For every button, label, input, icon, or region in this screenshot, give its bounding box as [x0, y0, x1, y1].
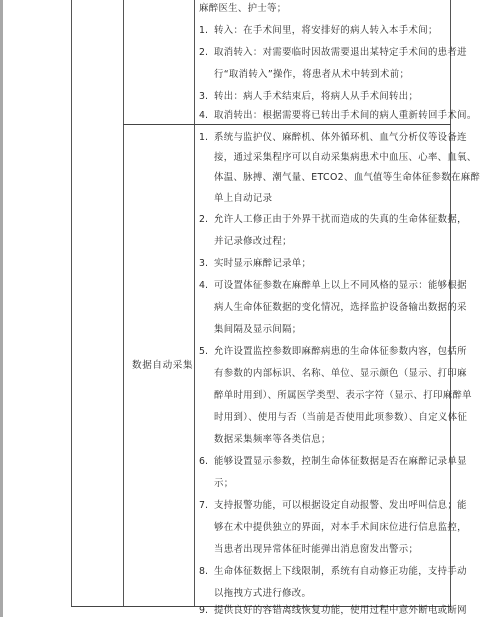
item-text: 支持报警功能，可以根据设定自动报警、发出呼叫信息；能 — [214, 500, 467, 512]
item-number: 1. — [199, 132, 208, 144]
item-number: 8. — [199, 566, 208, 578]
item-number: 7. — [199, 500, 208, 512]
item-text: 集间隔及显示间隔； — [214, 324, 302, 336]
item-text: 单上自动记录 — [214, 193, 272, 205]
item-text: 数据采集频率等各类信息； — [214, 434, 331, 446]
item-text: 可设置体征参数在麻醉单上以上不同风格的显示：能够根据 — [214, 280, 467, 292]
item-text: 系统与监护仪、麻醉机、体外循环机、血气分析仪等设备连 — [214, 132, 467, 144]
item-text: 允许人工修正由于外界干扰而造成的失真的生命体征数据， — [214, 214, 467, 226]
item-number: 5. — [199, 346, 208, 358]
item-number: 3. — [199, 258, 208, 270]
page-edge — [0, 0, 3, 617]
item-text: 转出：病人手术结束后，将病人从手术间转出； — [214, 91, 418, 103]
table-border-col3 — [194, 0, 195, 606]
item-number: 3. — [199, 91, 208, 103]
item-text: 体温、脉搏、潮气量、ETCO2、血气值等生命体征参数在麻醉 — [214, 172, 480, 184]
item-text: 并记录修改过程； — [214, 236, 292, 248]
item-text: 取消转出：根据需要将已转出手术间的病人重新转回手术间。 — [214, 110, 477, 122]
section-intro: 麻醉医生、护士等； — [199, 3, 287, 15]
item-text: 接，通过采集程序可以自动采集病患术中血压、心率、血氧、 — [214, 152, 477, 164]
item-number: 4. — [199, 280, 208, 292]
item-text: 取消转入：对需要临时因故需要退出某特定手术间的患者进 — [214, 47, 467, 59]
item-number: 4. — [199, 110, 208, 122]
item-text: 醉单时用到）、所属医学类型、表示字符（显示、打印麻醉单 — [214, 390, 472, 402]
table-border-col2 — [123, 0, 124, 606]
item-number: 1. — [199, 25, 208, 37]
item-text: 行“取消转入”操作，将患者从术中转到术前； — [214, 69, 409, 81]
item-text: 以拖拽方式进行修改。 — [214, 588, 311, 600]
item-text: 允许设置监控参数即麻醉病患的生命体征参数内容，包括所 — [214, 346, 467, 358]
item-text: 实时显示麻醉记录单； — [214, 258, 311, 270]
item-number: 6. — [199, 456, 208, 468]
item-text: 时用到）、使用与否（当前是否使用此项参数）、自定义体征 — [214, 412, 467, 424]
item-text: 当患者出现异常体征时能弹出消息窗发出警示； — [214, 544, 418, 556]
item-number: 2. — [199, 214, 208, 226]
item-text: 有参数的内部标识、名称、单位、显示颜色（显示、打印麻 — [214, 368, 467, 380]
table-row-divider — [123, 124, 451, 125]
item-text: 提供良好的容错离线恢复功能，使用过程中意外断电或断网 — [214, 605, 467, 617]
item-text: 病人生命体征数据的变化情况，选择监护设备输出数据的采 — [214, 302, 467, 314]
item-text: 够在术中提供独立的界面，对本手术间床位进行信息监控， — [214, 522, 467, 534]
item-text: 示； — [214, 478, 233, 490]
table-border-col1 — [71, 0, 72, 606]
item-text: 转入：在手术间里，将安排好的病人转入本手术间； — [214, 25, 438, 37]
item-number: 9. — [199, 605, 208, 617]
item-text: 生命体征数据上下线限制，系统有自动修正功能，支持手动 — [214, 566, 467, 578]
item-number: 2. — [199, 47, 208, 59]
item-text: 能够设置显示参数，控制生命体征数据是否在麻醉记录单显 — [214, 456, 467, 468]
row-label-data-auto-collection: 数据自动采集 — [132, 360, 193, 372]
